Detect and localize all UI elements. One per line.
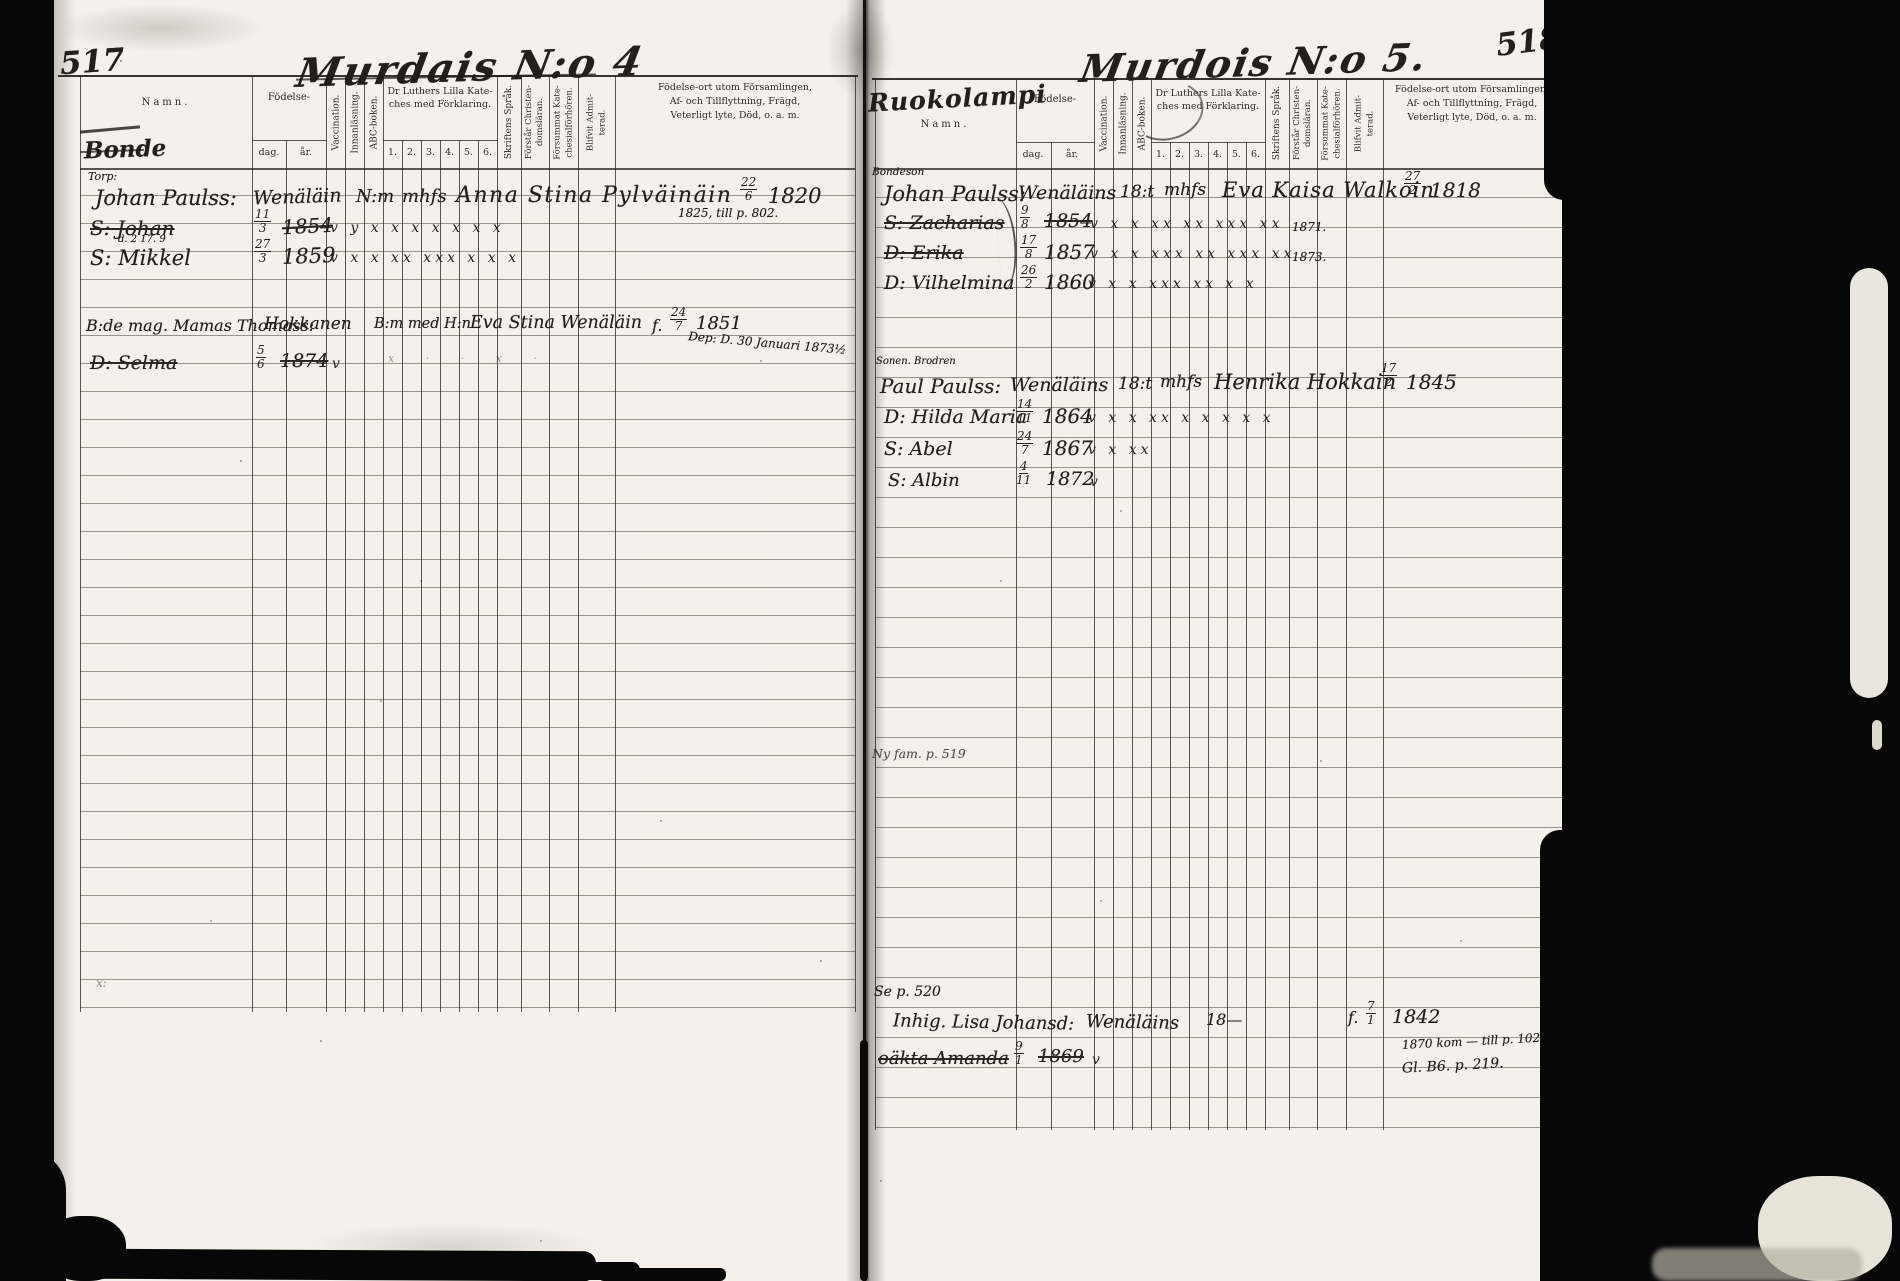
household-sublabel: Torp: — [88, 170, 117, 183]
birth-day: 22 — [740, 176, 757, 190]
scan-edge-left — [0, 0, 54, 1281]
katekes-col-6: 6. — [483, 147, 492, 158]
exam-marks: v — [1092, 1052, 1104, 1068]
column-header-dag: dag. — [259, 147, 280, 158]
column-header-line1: Försummat Kate- — [552, 79, 563, 165]
birth-year: 1857 — [1044, 240, 1095, 264]
entry-name: oäkta Amanda — [878, 1048, 1009, 1069]
column-header-abc-label: ABC-boken. — [369, 95, 379, 149]
column-header-forsummat1: Försummat Kate-chesialförhören. — [1317, 80, 1346, 166]
column-header-innanlasning: Innanläsning. — [1113, 80, 1132, 166]
entry-origin: Wenäläins — [1086, 1011, 1179, 1034]
column-header-katekes2: ches med Förklaring. — [1157, 101, 1259, 112]
column-header-line1: Förstår Christen- — [524, 79, 535, 165]
birth-date-fraction: 411 — [1016, 460, 1031, 487]
entry-abbrev: 18:t — [1118, 374, 1152, 394]
birth-day: 9 — [1014, 1040, 1024, 1054]
birth-day: 7 — [1366, 1000, 1376, 1014]
column-header-fodort1: Födelse-ort utom Församlingen, — [1395, 84, 1549, 95]
birth-year: 1854 — [1044, 210, 1092, 232]
birth-date-fraction: 172 — [1380, 362, 1397, 389]
column-header-katekes2: ches med Förklaring. — [389, 99, 491, 110]
column-header-katekes1-label: Dr Luthers Lilla Kate- — [1155, 88, 1260, 99]
birth-month: 6 — [257, 358, 265, 371]
entry-origin: Wenäläin — [253, 184, 342, 209]
birth-date-fraction: 273 — [254, 238, 271, 265]
birth-year: 1845 — [1406, 370, 1457, 394]
katekes-col-4-label: 4. — [445, 147, 454, 158]
katekes-col-3: 3. — [426, 147, 435, 158]
column-header-line2: chesialförhören. — [1332, 80, 1343, 166]
birth-date-fraction: 226 — [740, 176, 757, 203]
birth-date-fraction: 71 — [1366, 1000, 1376, 1027]
birth-year: 1854 — [281, 213, 333, 240]
entry-spouse: Anna Stina Pylväinäin — [456, 183, 732, 208]
birth-month: 11 — [1016, 474, 1031, 487]
birth-month: 7 — [675, 320, 683, 333]
column-header-innanlasning: Innanläsning. — [345, 79, 364, 165]
entry-name: S: Abel — [884, 438, 953, 460]
birth-year: 1864 — [1042, 404, 1093, 428]
column-header-abc: ABC-boken. — [1132, 80, 1151, 166]
column-header-innanlasning-label: Innanläsning. — [350, 91, 360, 153]
column-header-forstar1: Förstår Christen-domsläran. — [521, 79, 549, 165]
entry-abbrev: mhfs — [1164, 180, 1206, 200]
birth-year: 1818 — [1430, 178, 1481, 202]
column-header-fodort3: Veterligt lyte, Död, o. a. m. — [1407, 112, 1536, 123]
column-header-vaccination: Vaccination. — [1094, 80, 1113, 166]
birth-month: 1 — [1367, 1014, 1375, 1027]
birth-day: 9 — [1020, 204, 1030, 218]
column-header-fodort1-label: Födelse-ort utom Församlingen, — [658, 82, 812, 93]
birth-day: 27 — [1404, 170, 1421, 184]
column-header-blifvit1: Blifvit Admit-terad. — [578, 79, 615, 165]
exam-marks: v x x xx xxx x x x — [330, 250, 520, 266]
katekes-col-3-label: 3. — [1194, 149, 1203, 160]
entry-abbrev: N:m — [356, 186, 394, 207]
column-header-forsummat1: Försummat Kate-chesialförhören. — [549, 79, 578, 165]
column-header-forstar1: Förstår Christen-domsläran. — [1289, 80, 1317, 166]
column-header-line2: chesialförhören. — [564, 79, 575, 165]
birth-day: 5 — [256, 344, 266, 358]
birth-month: 2 — [1409, 184, 1417, 197]
birth-year: 1869 — [1038, 1046, 1084, 1067]
entry-origin: Wenäläins — [1010, 374, 1108, 396]
entry-name: Johan Paulss: — [95, 186, 237, 210]
birth-month: 1 — [1015, 1054, 1023, 1067]
scan-artifact — [1872, 720, 1882, 750]
column-header-line2: domsläran. — [535, 79, 546, 165]
table-subheader-line — [1016, 142, 1094, 143]
entry-name: Inhig. Lisa Johansd: — [893, 1010, 1075, 1034]
birth-month: 2 — [1025, 278, 1033, 291]
scan-edge-right-bottom — [1540, 830, 1570, 1281]
birth-date-fraction: 247 — [670, 306, 687, 333]
group-label: Sonen. Brodren — [876, 356, 956, 367]
column-header-line1: Blifvit Admit- — [585, 79, 596, 165]
column-header-dag-label: dag. — [1023, 149, 1044, 160]
reference-note: Ny fam. p. 519 — [872, 746, 966, 761]
birth-date-fraction: 113 — [254, 208, 271, 235]
birth-month: 11 — [1017, 412, 1032, 425]
column-header-abc: ABC-boken. — [364, 79, 383, 165]
birth-date-fraction: 178 — [1020, 234, 1037, 261]
katekes-col-5-label: 5. — [1232, 149, 1241, 160]
column-header-fodort2: Af- och Tillflyttning, Frägd, — [670, 96, 800, 107]
entry-spouse: Eva Stina Wenäläin — [470, 313, 642, 333]
entry-name: S: Mikkel — [90, 246, 191, 270]
column-header-abc-label: ABC-boken. — [1137, 96, 1147, 150]
column-header-fodort3-label: Veterligt lyte, Död, o. a. m. — [670, 110, 799, 121]
birth-day: 17 — [1380, 362, 1397, 376]
column-header-fodort2: Af- och Tillflyttning, Frägd, — [1407, 98, 1537, 109]
column-header-fodelse: Födelse- — [1034, 94, 1076, 105]
katekes-col-6-label: 6. — [1251, 149, 1260, 160]
entry-surname: Hokkanen — [264, 314, 352, 334]
birth-month: 8 — [1021, 218, 1029, 231]
katekes-col-3: 3. — [1194, 149, 1203, 160]
column-header-line1: Försummat Kate- — [1320, 80, 1331, 166]
katekes-col-3-label: 3. — [426, 147, 435, 158]
column-header-skriftens: Skriftens Språk. — [497, 79, 521, 165]
birth-month: 6 — [745, 190, 753, 203]
birth-date-fraction: 262 — [1020, 264, 1037, 291]
column-header-ar: år. — [1066, 149, 1078, 160]
birth-year: 1867 — [1042, 436, 1093, 460]
column-header-ar-label: år. — [1066, 149, 1078, 160]
column-header-fodelse-label: Födelse- — [268, 92, 310, 103]
katekes-col-4: 4. — [445, 147, 454, 158]
entry-abbrev: f. — [652, 316, 662, 335]
katekes-col-6: 6. — [1251, 149, 1260, 160]
entry-spouse: Eva Kaisa Walkoin — [1222, 178, 1435, 202]
page-fold-dark-bottom — [860, 1040, 868, 1281]
year-note: 1871. — [1292, 220, 1326, 234]
katekes-col-1: 1. — [1156, 149, 1165, 160]
scan-edge-right-top — [1544, 0, 1574, 200]
birth-day: 14 — [1016, 398, 1033, 412]
column-header-namn: Namn. — [142, 97, 191, 108]
katekes-col-2: 2. — [407, 147, 416, 158]
stray-mark: x: — [96, 976, 107, 990]
katekes-col-1-label: 1. — [1156, 149, 1165, 160]
entry-name: D: Vilhelmina — [884, 272, 1014, 294]
entry-abbrev: B:m med H:n — [374, 316, 471, 332]
column-header-line2: terad. — [1365, 80, 1376, 166]
birth-month: 8 — [1025, 248, 1033, 261]
exam-marks: v y x x x x x x x — [330, 220, 505, 236]
katekes-col-4: 4. — [1213, 149, 1222, 160]
birth-day: 24 — [670, 306, 687, 320]
birth-day: 26 — [1020, 264, 1037, 278]
exam-marks: v x x xx x x x x x — [1088, 410, 1275, 426]
table-row-rules — [80, 168, 855, 1012]
scanned-parish-register-spread: 517 Murdais N:o 4 Bonde Torp: Johan Paul… — [0, 0, 1900, 1281]
birth-date-fraction: 1411 — [1016, 398, 1033, 425]
scan-artifact — [1850, 268, 1888, 698]
katekes-col-1-label: 1. — [388, 147, 397, 158]
entry-origin: Wenäläins — [1018, 182, 1116, 204]
column-header-line2: terad. — [597, 79, 608, 165]
column-header-fodort3: Veterligt lyte, Död, o. a. m. — [670, 110, 799, 121]
column-header-vaccination-label: Vaccination. — [1099, 95, 1109, 151]
exam-marks: v x x xxx xx xxx xx — [1090, 246, 1295, 262]
entry-subnote: 1825, till p. 802. — [678, 206, 778, 220]
column-header-skriftens-label: Skriftens Språk. — [1272, 86, 1282, 160]
katekes-col-5: 5. — [464, 147, 473, 158]
katekes-col-5: 5. — [1232, 149, 1241, 160]
column-header-fodort3-label: Veterligt lyte, Död, o. a. m. — [1407, 112, 1536, 123]
entry-abbrev: mhfs — [402, 186, 447, 207]
birth-day: 27 — [254, 238, 271, 252]
entry-name: D: Hilda Maria — [884, 406, 1027, 428]
column-header-dag: dag. — [1023, 149, 1044, 160]
column-header-fodort1-label: Födelse-ort utom Församlingen, — [1395, 84, 1549, 95]
birth-day: 4 — [1019, 460, 1029, 474]
birth-year: 1820 — [768, 184, 821, 208]
column-header-skriftens-label: Skriftens Språk. — [504, 85, 514, 159]
katekes-col-1: 1. — [388, 147, 397, 158]
katekes-col-2: 2. — [1175, 149, 1184, 160]
exam-marks: v x xx — [1088, 442, 1153, 458]
birth-year: 1859 — [282, 243, 336, 269]
birth-year: 1842 — [1392, 1006, 1440, 1028]
column-header-katekes1: Dr Luthers Lilla Kate- — [387, 86, 492, 97]
birth-year: 1872 — [1046, 468, 1094, 490]
column-header-namn-label: Namn. — [921, 119, 970, 130]
entry-name: S: Albin — [888, 470, 960, 491]
birth-date-fraction: 247 — [1016, 430, 1033, 457]
column-header-fodort2-label: Af- och Tillflyttning, Frägd, — [1407, 98, 1537, 109]
table-row-rules — [875, 168, 1562, 1130]
column-header-fodelse: Födelse- — [268, 92, 310, 103]
katekes-col-6-label: 6. — [483, 147, 492, 158]
exam-marks: v — [1090, 474, 1102, 490]
column-header-katekes1: Dr Luthers Lilla Kate- — [1155, 88, 1260, 99]
birth-date-fraction: 98 — [1020, 204, 1030, 231]
birth-date-fraction: 272 — [1404, 170, 1421, 197]
column-header-innanlasning-label: Innanläsning. — [1118, 92, 1128, 154]
table-subheader-line — [252, 140, 326, 141]
column-header-line1: Förstår Christen- — [1292, 80, 1303, 166]
entry-abbrev: 18— — [1206, 1010, 1242, 1029]
column-header-fodort1: Födelse-ort utom Församlingen, — [658, 82, 812, 93]
entry-spouse: Henrika Hokkain — [1214, 370, 1396, 394]
entry-abbrev: f. — [1348, 1008, 1358, 1027]
column-header-vaccination-label: Vaccination. — [331, 94, 341, 150]
birth-month: 7 — [1021, 444, 1029, 457]
birth-date-fraction: 56 — [256, 344, 266, 371]
column-header-skriftens: Skriftens Språk. — [1265, 80, 1289, 166]
column-header-namn-label: Namn. — [142, 97, 191, 108]
column-header-dag-label: dag. — [259, 147, 280, 158]
household-name: Ruokolampi — [867, 79, 1047, 117]
birth-day: 24 — [1016, 430, 1033, 444]
birth-day: 17 — [1020, 234, 1037, 248]
exam-marks: v x x xxx xx x x — [1088, 276, 1258, 292]
page-number-left: 517 — [59, 42, 126, 82]
faint-marks: x · · x · — [388, 352, 551, 365]
column-header-blifvit1: Blifvit Admit-terad. — [1346, 80, 1383, 166]
entry-name: D: Erika — [884, 242, 964, 264]
entry-name: S: Zacharias — [884, 212, 1004, 234]
column-header-ar-label: år. — [300, 147, 312, 158]
birth-year: 1874 — [280, 350, 328, 372]
birth-day: 11 — [254, 208, 271, 222]
column-header-vaccination: Vaccination. — [326, 79, 345, 165]
katekes-col-2-label: 2. — [407, 147, 416, 158]
column-header-fodelse-label: Födelse- — [1034, 94, 1076, 105]
column-header-line1: Blifvit Admit- — [1353, 80, 1364, 166]
birth-month: 3 — [259, 252, 267, 265]
column-header-line2: domsläran. — [1303, 80, 1314, 166]
exam-marks: v — [332, 356, 344, 372]
katekes-col-5-label: 5. — [464, 147, 473, 158]
birth-date-fraction: 91 — [1014, 1040, 1024, 1067]
scan-edge-bottom — [598, 1268, 726, 1281]
katekes-col-4-label: 4. — [1213, 149, 1222, 160]
column-header-katekes1-label: Dr Luthers Lilla Kate- — [387, 86, 492, 97]
column-header-ar: år. — [300, 147, 312, 158]
entry-prenote: d. 2 17. 9 — [118, 234, 166, 245]
column-header-namn: Namn. — [921, 119, 970, 130]
entry-abbrev: mhfs — [1160, 372, 1202, 392]
birth-month: 3 — [259, 222, 267, 235]
column-header-katekes2-label: ches med Förklaring. — [1157, 101, 1259, 112]
entry-name: Paul Paulss: — [880, 374, 1001, 398]
entry-name: Johan Paulss: — [884, 182, 1026, 206]
column-header-fodort2-label: Af- och Tillflyttning, Frägd, — [670, 96, 800, 107]
column-header-katekes2-label: ches med Förklaring. — [389, 99, 491, 110]
exam-marks: v x x xx xx xxx xx — [1090, 216, 1283, 232]
scan-artifact — [1652, 1248, 1862, 1281]
year-note: 1873. — [1292, 250, 1326, 264]
entry-name: D: Selma — [90, 352, 177, 374]
birth-month: 2 — [1385, 376, 1393, 389]
katekes-col-2-label: 2. — [1175, 149, 1184, 160]
entry-abbrev: 18:t — [1120, 182, 1154, 202]
